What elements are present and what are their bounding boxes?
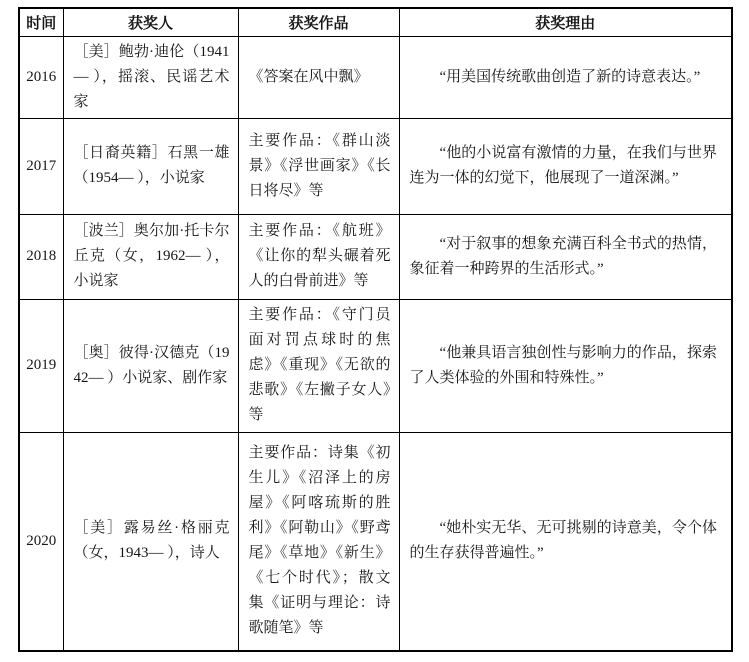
table-row-2016: 2016 ［美］鲍勃·迪伦（1941— ），摇滚、民谣艺术家 《答案在风中飘》 … <box>19 36 732 118</box>
table-row-2017: 2017 ［日裔英籍］石黑一雄（1954— ），小说家 主要作品：《群山淡景》《… <box>19 118 732 214</box>
header-cell-works: 获奖作品 <box>238 8 399 36</box>
reason-cell: “他的小说富有激情的力量，在我们与世界连为一体的幻觉下，他展现了一道深渊。” <box>399 118 732 214</box>
winner-cell: ［奥］彼得·汉德克（1942— ）小说家、剧作家 <box>63 299 238 432</box>
winner-cell: ［美］露易丝·格丽克（女，1943— ），诗人 <box>63 432 238 651</box>
reason-cell: “对于叙事的想象充满百科全书式的热情，象征着一种跨界的生活形式。” <box>399 214 732 299</box>
works-cell: 主要作品：《航班》《让你的犁头碾着死人的白骨前进》等 <box>238 214 399 299</box>
year-cell: 2019 <box>19 299 63 432</box>
works-cell: 主要作品：《群山淡景》《浮世画家》《长日将尽》等 <box>238 118 399 214</box>
winner-cell: ［美］鲍勃·迪伦（1941— ），摇滚、民谣艺术家 <box>63 36 238 118</box>
table-row-2018: 2018 ［波兰］奥尔加·托卡尔丘克（女，1962— ），小说家 主要作品：《航… <box>19 214 732 299</box>
year-cell: 2017 <box>19 118 63 214</box>
works-cell: 主要作品：诗集《初生儿》《沼泽上的房屋》《阿喀琉斯的胜利》《阿勒山》《野鸢尾》《… <box>238 432 399 651</box>
header-cell-reason: 获奖理由 <box>399 8 732 36</box>
header-cell-year: 时间 <box>19 8 63 36</box>
works-cell: 主要作品：《守门员面对罚点球时的焦虑》《重现》《无欲的悲歌》《左撇子女人》等 <box>238 299 399 432</box>
year-cell: 2020 <box>19 432 63 651</box>
works-cell: 《答案在风中飘》 <box>238 36 399 118</box>
reason-cell: “她朴实无华、无可挑剔的诗意美，令个体的生存获得普遍性。” <box>399 432 732 651</box>
header-cell-winner: 获奖人 <box>63 8 238 36</box>
winner-cell: ［日裔英籍］石黑一雄（1954— ），小说家 <box>63 118 238 214</box>
document-page: 时间 获奖人 获奖作品 获奖理由 2016 ［美］鲍勃·迪伦（1941— ），摇… <box>0 0 749 662</box>
header-row: 时间 获奖人 获奖作品 获奖理由 <box>19 8 732 36</box>
year-cell: 2018 <box>19 214 63 299</box>
reason-cell: “他兼具语言独创性与影响力的作品，探索了人类体验的外围和特殊性。” <box>399 299 732 432</box>
table-row-2020: 2020 ［美］露易丝·格丽克（女，1943— ），诗人 主要作品：诗集《初生儿… <box>19 432 732 651</box>
nobel-laureates-table: 时间 获奖人 获奖作品 获奖理由 2016 ［美］鲍勃·迪伦（1941— ），摇… <box>18 7 733 652</box>
reason-cell: “用美国传统歌曲创造了新的诗意表达。” <box>399 36 732 118</box>
table-row-2019: 2019 ［奥］彼得·汉德克（1942— ）小说家、剧作家 主要作品：《守门员面… <box>19 299 732 432</box>
winner-cell: ［波兰］奥尔加·托卡尔丘克（女，1962— ），小说家 <box>63 214 238 299</box>
year-cell: 2016 <box>19 36 63 118</box>
